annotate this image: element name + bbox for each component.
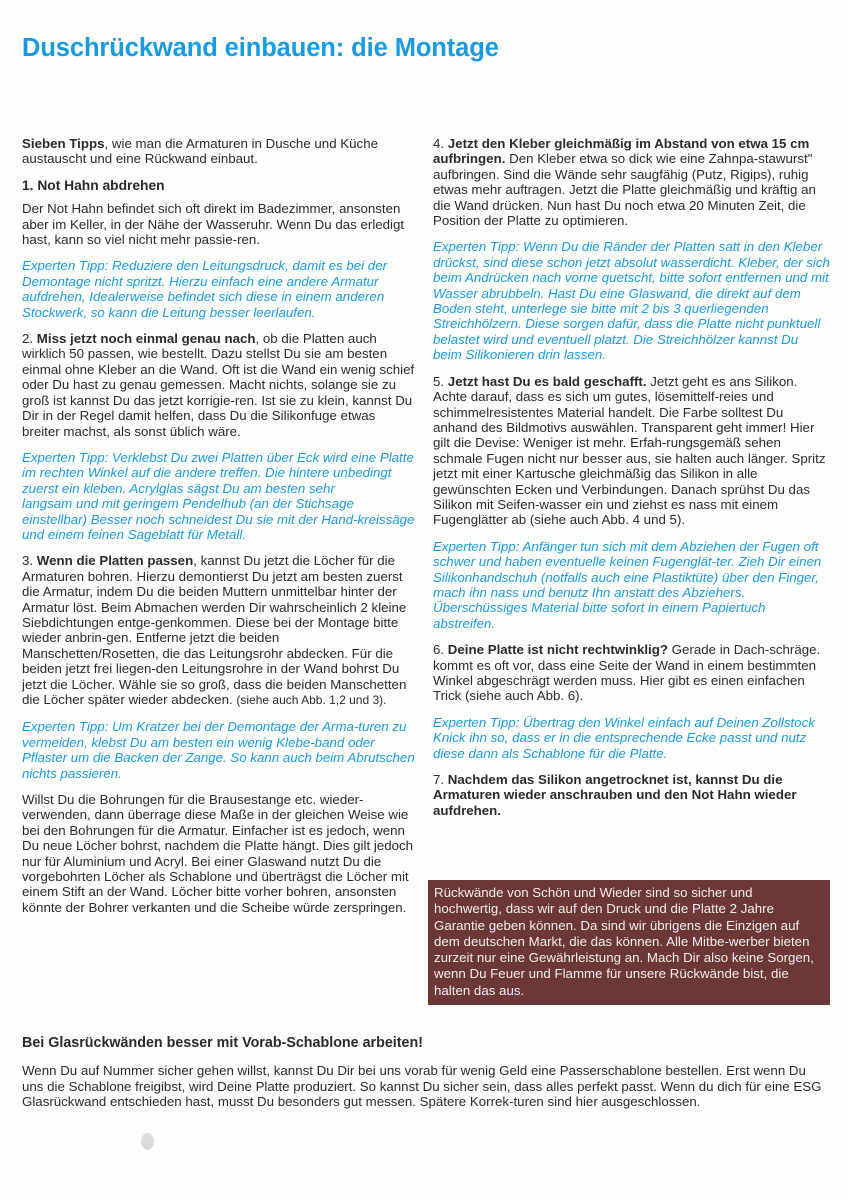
step-3-ref: (siehe auch Abb. 1,2 und 3). xyxy=(236,693,386,707)
right-column: 4. Jetzt den Kleber gleichmäßig im Absta… xyxy=(433,136,830,829)
scan-smudge xyxy=(141,1133,154,1150)
step-5-body: Jetzt geht es ans Silikon. Achte darauf,… xyxy=(433,374,825,528)
step-7-bold: Nachdem das Silikon angetrocknet ist, ka… xyxy=(433,772,797,818)
step-5-number: 5. xyxy=(433,374,448,389)
step-5-bold: Jetzt hast Du es bald geschafft. xyxy=(448,374,647,389)
intro: Sieben Tipps, wie man die Armaturen in D… xyxy=(22,136,415,167)
step-4-text: 4. Jetzt den Kleber gleichmäßig im Absta… xyxy=(433,136,830,228)
step-3-bold: Wenn die Platten passen xyxy=(37,553,193,568)
step-4-tip: Experten Tipp: Wenn Du die Ränder der Pl… xyxy=(433,239,830,362)
step-1-text: Der Not Hahn befindet sich oft direkt im… xyxy=(22,201,415,247)
step-6-number: 6. xyxy=(433,642,448,657)
left-column: Sieben Tipps, wie man die Armaturen in D… xyxy=(22,136,415,926)
step-5-tip-a: Experten Tipp: Anfänger tun sich mit dem… xyxy=(433,539,830,601)
step-3-tip: Experten Tipp: Um Kratzer bei der Demont… xyxy=(22,719,415,781)
step-1-heading: 1. Not Hahn abdrehen xyxy=(22,178,415,193)
step-2-tip-a: Experten Tipp: Verklebst Du zwei Platten… xyxy=(22,450,415,496)
step-2-bold: Miss jetzt noch einmal genau nach xyxy=(37,331,256,346)
step-3-text: 3. Wenn die Platten passen, kannst Du je… xyxy=(22,553,415,708)
glass-section-text: Wenn Du auf Nummer sicher gehen willst, … xyxy=(22,1063,822,1110)
step-5-tip-b: Überschüssiges Material bitte sofort in … xyxy=(433,600,830,631)
step-6-text: 6. Deine Platte ist nicht rechtwinklig? … xyxy=(433,642,830,704)
step-1-tip: Experten Tipp: Reduziere den Leitungsdru… xyxy=(22,258,415,320)
step-2-body: , ob die Platten auch wirklich 50 passen… xyxy=(22,331,414,438)
step-6-bold: Deine Platte ist nicht rechtwinklig? xyxy=(448,642,668,657)
step-2-tip-b: langsam und mit geringem Pendelhub (an d… xyxy=(22,496,415,542)
intro-bold: Sieben Tipps xyxy=(22,136,105,151)
step-4-number: 4. xyxy=(433,136,448,151)
step-3-extra: Willst Du die Bohrungen für die Brausest… xyxy=(22,792,415,915)
step-3-number: 3. xyxy=(22,553,37,568)
step-7-text: 7. Nachdem das Silikon angetrocknet ist,… xyxy=(433,772,830,818)
step-6-tip: Experten Tipp: Übertrag den Winkel einfa… xyxy=(433,715,830,761)
step-7-number: 7. xyxy=(433,772,448,787)
step-3-body: , kannst Du jetzt die Löcher für die Arm… xyxy=(22,553,406,707)
step-2-text: 2. Miss jetzt noch einmal genau nach, ob… xyxy=(22,331,415,439)
page-title: Duschrückwand einbauen: die Montage xyxy=(22,34,499,63)
step-2-number: 2. xyxy=(22,331,37,346)
glass-section-heading: Bei Glasrückwänden besser mit Vorab-Scha… xyxy=(22,1035,423,1051)
step-5-text: 5. Jetzt hast Du es bald geschafft. Jetz… xyxy=(433,374,830,528)
guarantee-box: Rückwände von Schön und Wieder sind so s… xyxy=(428,880,830,1005)
